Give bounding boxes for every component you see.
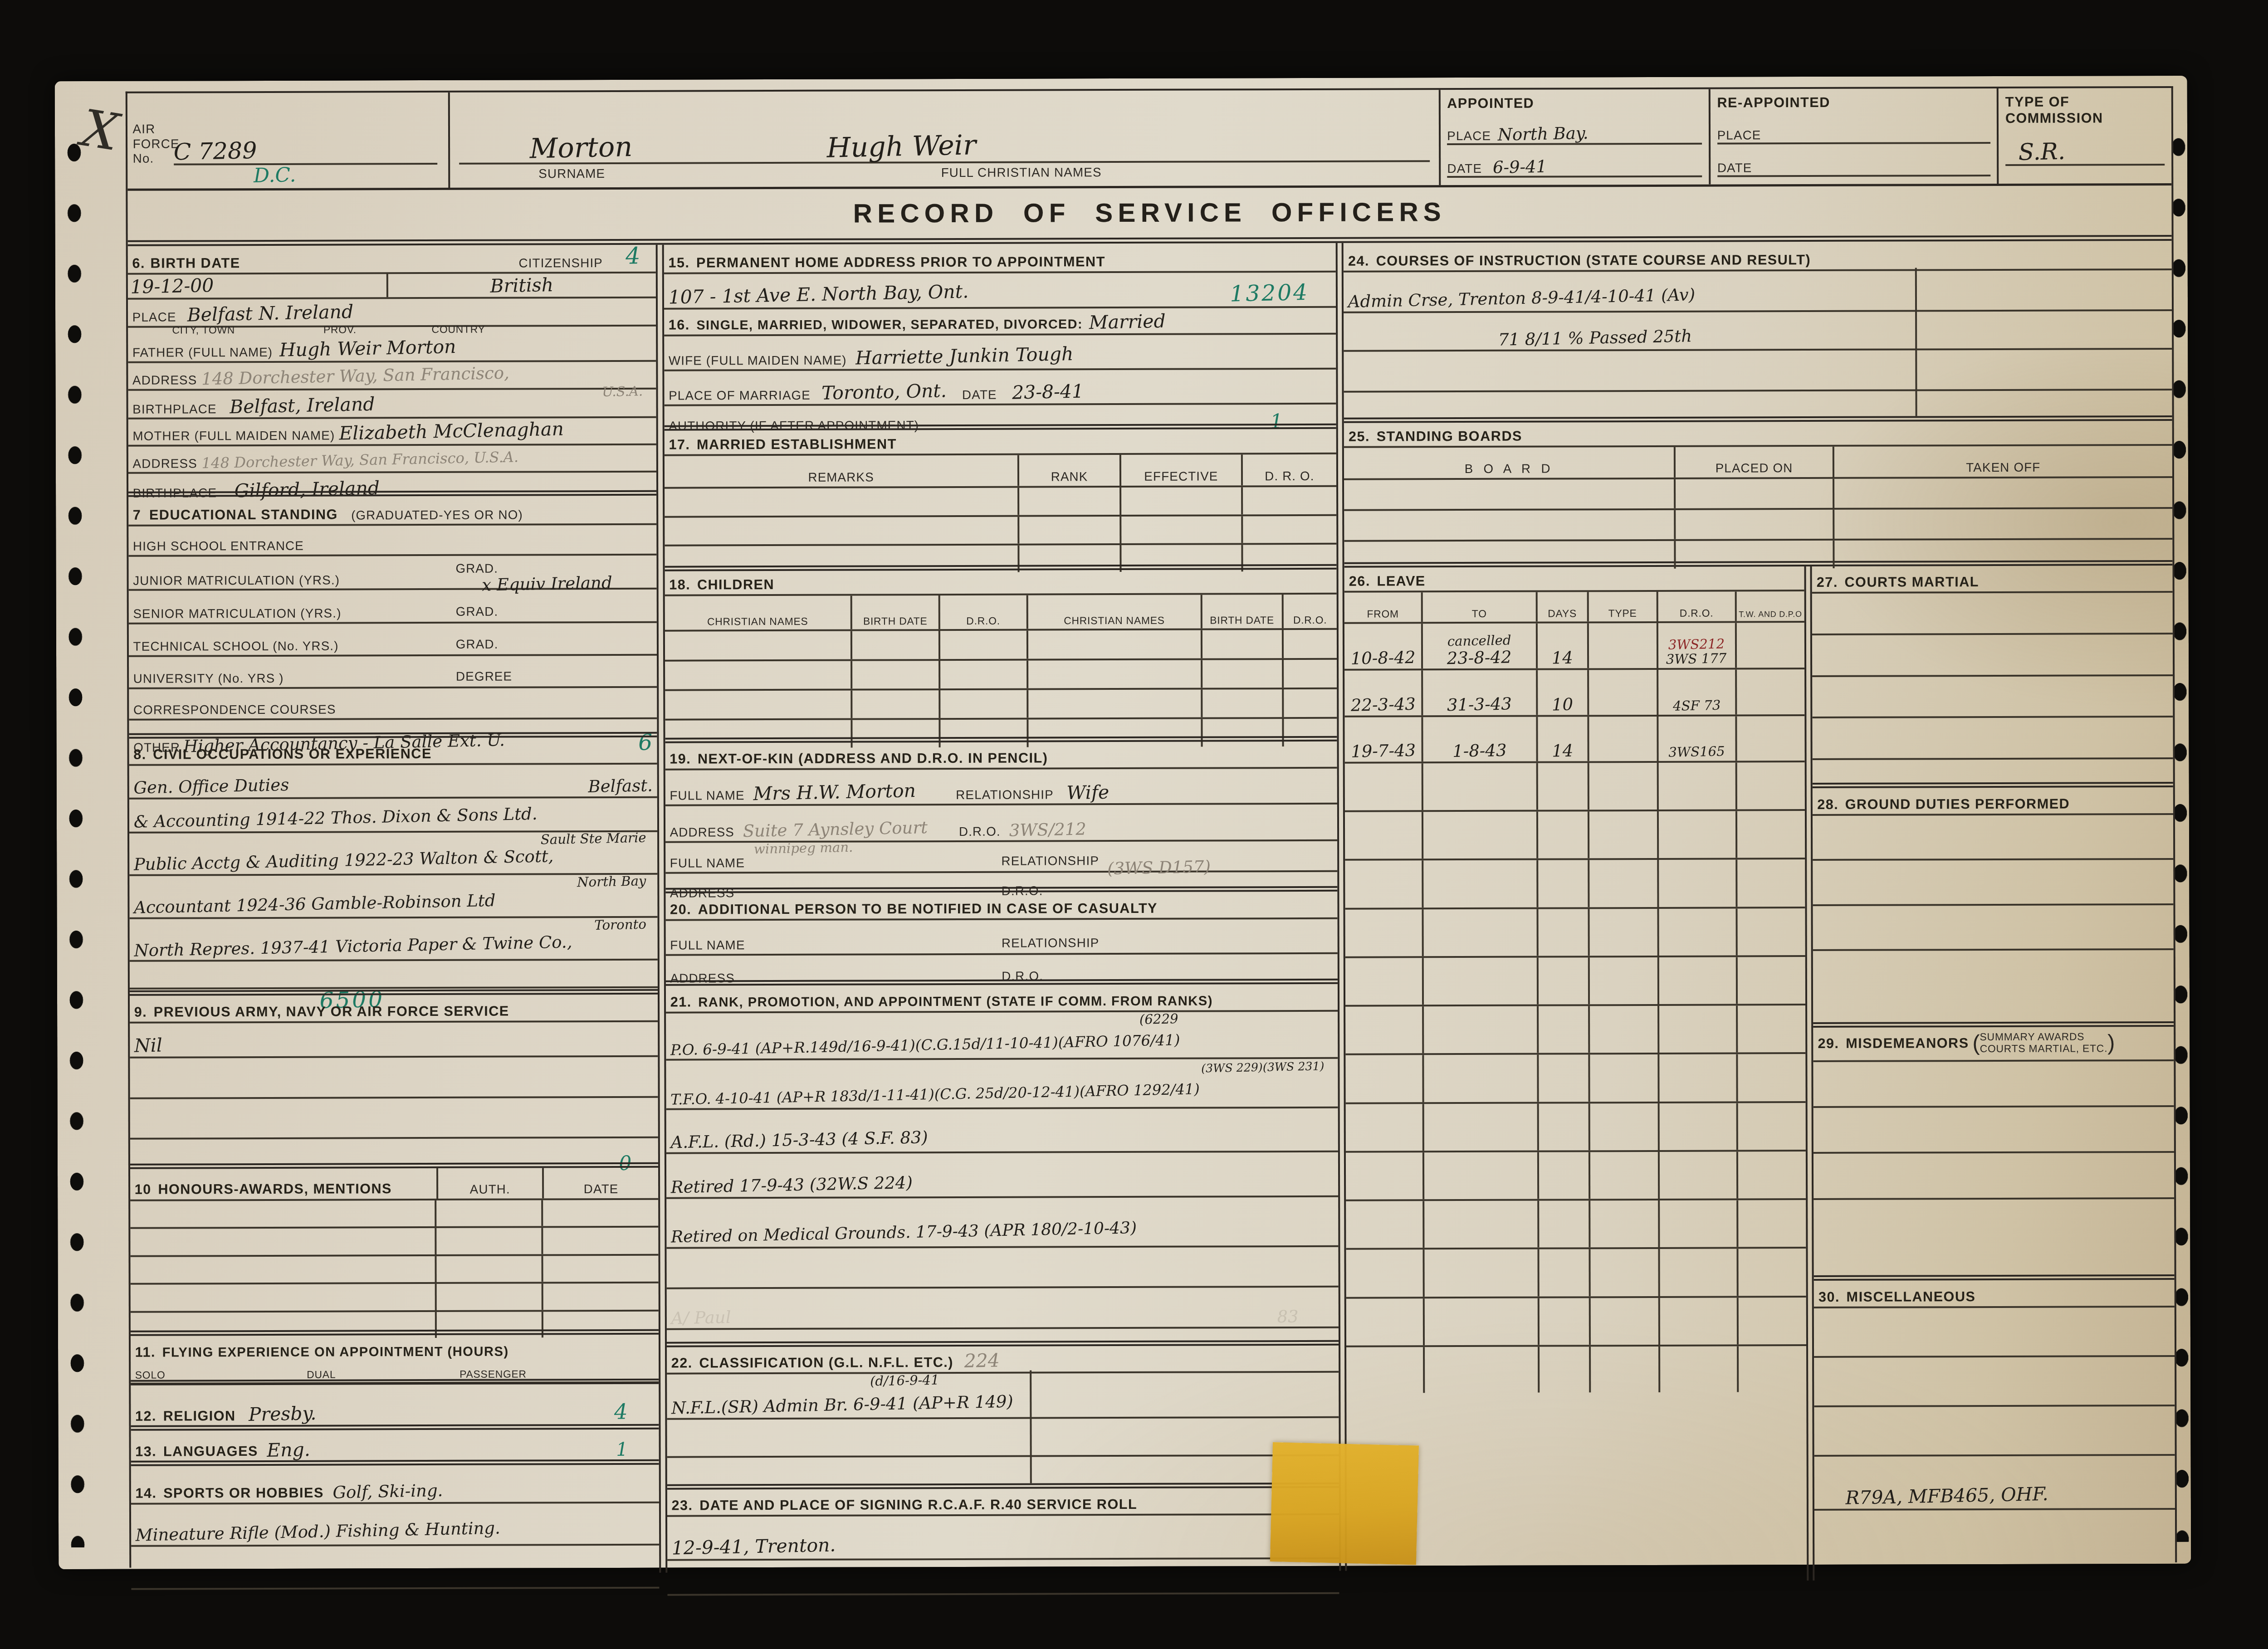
commission-value: S.R. [2018, 140, 2065, 164]
clerk-tally-green: 1 [616, 1440, 628, 1459]
section-24-courses: 24. COURSES OF INSTRUCTION (STATE COURSE… [1344, 241, 2172, 418]
section-14-sports: 14. SPORTS OR HOBBIES Golf, Ski-ing. Min… [131, 1459, 659, 1608]
ruled-line [1813, 905, 2174, 951]
air-force-number: C 7289 [173, 139, 257, 164]
appointed-place-value: North Bay. [1497, 125, 1589, 143]
appointed-date-value: 6-9-41 [1492, 158, 1547, 176]
table-row [1346, 1054, 1806, 1104]
occupation-line: Public Acctg & Auditing 1922-23 Walton &… [133, 848, 553, 873]
section-title: COURSES OF INSTRUCTION (STATE COURSE AND… [1376, 252, 1811, 270]
section-title: CIVIL OCCUPATIONS OR EXPERIENCE [153, 746, 432, 763]
field-label: GRAD. [455, 637, 498, 652]
paren: ( [1972, 1030, 1980, 1056]
section-title: LEAVE [1377, 573, 1425, 590]
column-header: CHRISTIAN NAMES [707, 616, 808, 629]
field-label: PLACE [1717, 128, 1761, 143]
field-label: UNIVERSITY (No. YRS ) [133, 671, 283, 686]
section-number: 6. [132, 255, 145, 271]
section-number: 26. [1349, 573, 1370, 590]
ruled-line [667, 1418, 1339, 1459]
field-label: JUNIOR MATRICULATION (YRS.) [133, 573, 340, 588]
field-label: RELATIONSHIP [956, 788, 1054, 803]
section-number: 28. [1817, 796, 1838, 813]
citizenship-value: British [490, 276, 553, 296]
section-number: 13. [135, 1444, 156, 1460]
section-18-children: 18. CHILDREN CHRISTIAN NAMES BIRTH DATE … [665, 564, 1337, 738]
appointed-title: APPOINTED [1447, 95, 1702, 112]
table-row [665, 689, 1337, 721]
section-number: 11. [135, 1344, 155, 1361]
section-title: CHILDREN [697, 577, 774, 593]
section-title: PERMANENT HOME ADDRESS PRIOR TO APPOINTM… [696, 254, 1105, 271]
marriage-place-value: Toronto, Ont. [821, 382, 946, 403]
section-title: COURTS MARTIAL [1844, 574, 1979, 591]
classification-line: N.F.L.(SR) Admin Br. 6-9-41 (AP+R 149) [671, 1393, 1013, 1417]
section-number: 29. [1818, 1035, 1839, 1052]
classification-superscript: (d/16-9-41 [870, 1374, 939, 1388]
section-title: MARRIED ESTABLISHMENT [697, 436, 897, 453]
section-title: GROUND DUTIES PERFORMED [1845, 796, 2070, 813]
title-band: RECORD OF SERVICE OFFICERS [127, 183, 2171, 246]
pencil-note: winnipeg man. [753, 841, 853, 856]
section-subtitle: SUMMARY AWARDS [1980, 1031, 2107, 1043]
column-header: FROM [1367, 608, 1399, 620]
occupation-place: Sault Ste Marie [540, 831, 646, 847]
ruled-line [1812, 676, 2173, 719]
field-label: FULL NAME [670, 856, 744, 870]
ruled-line [666, 1247, 1338, 1290]
section-number: 14. [135, 1485, 156, 1502]
table-row [1345, 957, 1805, 1007]
section-title: MISCELLANEOUS [1846, 1288, 1975, 1305]
father-name-value: Hugh Weir Morton [279, 337, 456, 360]
leave-to: 31-3-43 [1447, 696, 1511, 714]
erased-pencil-note: A/ Paul [670, 1309, 731, 1327]
leave-row: 22-3-43 31-3-43 10 4SF 73 [1344, 669, 1804, 717]
field-label: FATHER (FULL NAME) [132, 345, 273, 360]
section-subtitle: (GRADUATED-YES OR NO) [351, 508, 523, 523]
section-number: 20. [670, 902, 691, 918]
clerk-tally-green: 13204 [1230, 282, 1309, 305]
ruled-line [131, 1546, 659, 1590]
table-row [1346, 1200, 1806, 1250]
leave-row: 19-7-43 1-8-43 14 3WS165 [1345, 717, 1805, 764]
section-13-languages: 13. LANGUAGES Eng. 1 [131, 1424, 659, 1461]
column-header: PLACED ON [1715, 461, 1793, 475]
field-label: PLACE [1447, 129, 1491, 143]
field-label: ADDRESS [132, 456, 197, 471]
next-of-kin-relationship: Wife [1066, 783, 1110, 802]
ruled-line [1813, 815, 2173, 861]
occupation-line: Gen. Office Duties [133, 776, 288, 796]
paren: ) [2107, 1030, 2115, 1055]
pencil-note: 224 [964, 1351, 1000, 1371]
column-header: D.R.O. [1293, 615, 1327, 627]
field-label: DATE [1717, 161, 1752, 176]
section-29-misdemeanors: 29. MISDEMEANORS ( SUMMARY AWARDS COURTS… [1813, 1022, 2174, 1276]
section-number: 22. [671, 1355, 692, 1371]
religion-value: Presby. [249, 1405, 317, 1425]
section-12-religion: 12. RELIGION Presby. 4 [131, 1379, 659, 1426]
punch-holes-left [62, 126, 89, 1547]
column-right: 24. COURSES OF INSTRUCTION (STATE COURSE… [1344, 241, 2175, 1571]
table-row [130, 1283, 658, 1313]
table-row [130, 1200, 658, 1229]
ruled-line [1813, 1199, 2174, 1244]
leave-days: 14 [1551, 742, 1573, 760]
section-title: MISDEMEANORS [1846, 1035, 1969, 1052]
column-header: D.R.O. [966, 615, 1000, 627]
rank-line: A.F.L. (Rd.) 15-3-43 (4 S.F. 83) [670, 1129, 928, 1151]
column-header: TYPE [1608, 607, 1637, 620]
column-header: DATE [583, 1182, 618, 1196]
lower-right-region: 26. LEAVE FROM TO DAYS TYPE D.R.O. T.W. … [1344, 560, 2175, 1582]
section-number: 27. [1816, 575, 1838, 591]
table-row [1346, 1249, 1806, 1299]
occupation-place: Toronto [594, 918, 646, 932]
table-row [130, 1228, 658, 1257]
column-left: 6. BIRTH DATE CITIZENSHIP 4 19-12-00 Bri… [127, 245, 659, 1574]
ruled-line [1813, 860, 2173, 906]
mother-name-value: Elizabeth McClenaghan [339, 420, 564, 443]
marital-status-value: Married [1089, 312, 1166, 332]
field-label: PLACE [132, 310, 176, 324]
field-label: FORCE [132, 137, 179, 151]
column-header: RANK [1051, 470, 1088, 484]
column-middle: 15. PERMANENT HOME ADDRESS PRIOR TO APPO… [664, 243, 1339, 1573]
leave-to: 1-8-43 [1452, 742, 1506, 760]
section-number: 25. [1349, 429, 1370, 445]
field-label: PROV. [323, 324, 357, 336]
section-22-classification: 22. CLASSIFICATION (G.L. N.F.L. ETC.) 22… [667, 1340, 1339, 1484]
section-title: CLASSIFICATION (G.L. N.F.L. ETC.) [699, 1355, 953, 1371]
field-label: TECHNICAL SCHOOL (No. YRS.) [133, 639, 338, 654]
leave-days: 10 [1551, 696, 1573, 713]
father-birthplace-value: Belfast, Ireland [230, 395, 375, 416]
next-of-kin-address: Suite 7 Aynsley Court [743, 820, 928, 840]
air-force-number-line: C 7289 [174, 123, 437, 166]
section-title: BIRTH DATE [150, 255, 240, 272]
section-title: SINGLE, MARRIED, WIDOWER, SEPARATED, DIV… [696, 317, 1083, 333]
course-result: 71 8/11 % Passed 25th [1498, 328, 1692, 349]
section-title: DATE AND PLACE OF SIGNING R.C.A.F. R.40 … [699, 1497, 1137, 1514]
ruled-line [1813, 1153, 2174, 1200]
leave-from: 10-8-42 [1350, 649, 1415, 667]
name-line: Morton Hugh Weir [459, 101, 1430, 165]
field-label: No. [132, 151, 179, 166]
section-26-leave: 26. LEAVE FROM TO DAYS TYPE D.R.O. T.W. … [1344, 566, 1807, 1582]
table-row [1346, 1346, 1806, 1393]
leave-dro-red: 3WS212 [1668, 637, 1725, 652]
table-row [665, 660, 1337, 691]
ruled-line [1344, 350, 2172, 393]
section-number: 10 [134, 1181, 151, 1198]
table-row [130, 1256, 658, 1285]
occupation-line: North Repres. 1937-41 Victoria Paper & T… [133, 933, 572, 959]
form: AIR FORCE No. C 7289 D.C. Morton Hugh We… [125, 87, 2177, 1568]
column-header: REMARKS [808, 470, 874, 485]
air-force-number-box: AIR FORCE No. C 7289 D.C. [127, 93, 448, 189]
field-label: DATE [1447, 162, 1482, 176]
ruled-line [1813, 1107, 2174, 1154]
occupation-place: Belfast. [588, 777, 653, 795]
leave-from: 19-7-43 [1350, 742, 1415, 760]
leave-dro: 3WS 177 [1666, 652, 1727, 666]
reappointed-title: RE-APPOINTED [1717, 94, 1990, 111]
section-11-flying-experience: 11. FLYING EXPERIENCE ON APPOINTMENT (HO… [131, 1329, 659, 1380]
service-record-card: X AIR FORCE No. C 7289 D.C. Morton Hugh … [54, 76, 2190, 1570]
miscellaneous-note: R79A, MFB465, OHF. [1845, 1485, 2048, 1508]
surname-label: SURNAME [538, 167, 605, 181]
photo-background: X AIR FORCE No. C 7289 D.C. Morton Hugh … [0, 0, 2268, 1608]
section-19-next-of-kin: 19. NEXT-OF-KIN (ADDRESS AND D.R.O. IN P… [665, 736, 1337, 888]
table-row [1346, 1151, 1806, 1201]
section-title: HONOURS-AWARDS, MENTIONS [158, 1181, 392, 1197]
next-of-kin-dro: 3WS/212 [1009, 821, 1086, 839]
christian-names-value: Hugh Weir [826, 132, 976, 162]
ruled-line [129, 961, 657, 990]
table-row [1345, 860, 1805, 910]
column-header: BIRTH DATE [863, 615, 928, 628]
course-line: Admin Crse, Trenton 8-9-41/4-10-41 (Av) [1348, 287, 1695, 310]
field-label: AIR [132, 122, 179, 137]
occupation-line: Accountant 1924-36 Gamble-Robinson Ltd [133, 892, 495, 916]
field-label: GRAD. [455, 561, 498, 576]
section-number: 19. [670, 751, 691, 767]
previous-service-value: Nil [134, 1036, 162, 1055]
rank-line: Retired on Medical Grounds. 17-9-43 (APR… [670, 1220, 1137, 1246]
header-band: AIR FORCE No. C 7289 D.C. Morton Hugh We… [127, 88, 2171, 189]
field-label: WIFE (FULL MAIDEN NAME) [669, 353, 847, 368]
section-subtitle: COURTS MARTIAL, ETC. [1980, 1043, 2107, 1054]
section-number: 15. [668, 255, 689, 271]
field-label: FULL NAME [670, 938, 745, 953]
table-row [1344, 540, 2173, 570]
ruled-line [1813, 1061, 2174, 1108]
ruled-line [131, 1589, 659, 1608]
rank-line: T.F.O. 4-10-41 (AP+R 183d/1-11-41)(C.G. … [670, 1082, 1199, 1107]
ruled-line [1814, 1357, 2175, 1407]
occupation-line: & Accounting 1914-22 Thos. Dixon & Sons … [133, 805, 538, 830]
section-title: SPORTS OR HOBBIES [163, 1485, 324, 1502]
field-label: SENIOR MATRICULATION (YRS.) [133, 606, 341, 621]
section-title: LANGUAGES [163, 1444, 258, 1460]
section-number: 24. [1348, 253, 1369, 269]
section-title: RELIGION [163, 1408, 235, 1425]
field-label: MOTHER (FULL MAIDEN NAME) [132, 429, 335, 444]
table-row [1345, 908, 1805, 958]
column-header: B O A R D [1464, 462, 1554, 477]
form-body: 6. BIRTH DATE CITIZENSHIP 4 19-12-00 Bri… [127, 241, 2175, 1574]
table-row [1344, 509, 2172, 542]
column-header: AUTH. [469, 1182, 510, 1197]
tape-patch [1270, 1443, 1419, 1566]
home-address-value: 107 - 1st Ave E. North Bay, Ont. [668, 282, 968, 307]
reappointed-box: RE-APPOINTED PLACE DATE [1708, 89, 1997, 185]
table-row [1344, 478, 2172, 511]
section-title: NEXT-OF-KIN (ADDRESS AND D.R.O. IN PENCI… [698, 750, 1048, 767]
x-mark: X [78, 99, 123, 163]
table-row [1345, 1006, 1805, 1056]
field-label: CITIZENSHIP [518, 256, 603, 271]
section-title: PREVIOUS ARMY, NAVY OR AIR FORCE SERVICE [153, 1003, 509, 1020]
section-number: 23. [671, 1498, 693, 1514]
air-force-label: AIR FORCE No. [132, 122, 179, 167]
section-10-honours: 10 HONOURS-AWARDS, MENTIONS AUTH. DATE [130, 1163, 659, 1331]
section-number: 18. [669, 577, 690, 593]
ruled-line [1813, 950, 2174, 992]
field-label: PLACE OF MARRIAGE [669, 388, 811, 403]
christian-names-label: FULL CHRISTIAN NAMES [941, 166, 1101, 181]
commission-title: TYPE OF [2005, 93, 2164, 110]
name-labels: SURNAME FULL CHRISTIAN NAMES [459, 165, 1430, 182]
section-title: RANK, PROMOTION, AND APPOINTMENT (STATE … [698, 994, 1213, 1010]
field-label: HIGH SCHOOL ENTRANCE [133, 539, 304, 554]
erased-pencil-note: 83 [1277, 1308, 1299, 1326]
column-header: TO [1471, 608, 1486, 620]
leave-to: 23-8-42 [1447, 649, 1511, 667]
rank-line: P.O. 6-9-41 (AP+R.149d/16-9-41)(C.G.15d/… [670, 1033, 1180, 1058]
section-number: 12. [135, 1408, 156, 1425]
field-label: CORRESPONDENCE COURSES [133, 703, 336, 717]
rank-superscript: (6229 [1139, 1012, 1178, 1026]
column-header: D.R.O. [1679, 607, 1713, 620]
ruled-line [667, 1594, 1339, 1608]
ruled-line [130, 1098, 658, 1140]
table-row [1346, 1298, 1806, 1347]
table-row [665, 516, 1336, 546]
section-number: 8. [133, 747, 147, 763]
ruled-line [1812, 593, 2173, 636]
page-title: RECORD OF SERVICE OFFICERS [853, 197, 1446, 229]
table-row [665, 630, 1336, 661]
rank-line: Retired 17-9-43 (32W.S 224) [670, 1175, 913, 1196]
leave-from: 22-3-43 [1350, 696, 1415, 714]
field-label: COUNTRY [431, 323, 485, 336]
birth-place-value: Belfast N. Ireland [187, 302, 353, 324]
section-number: 21. [670, 994, 691, 1010]
column-header: D. R. O. [1265, 469, 1315, 484]
section-title: FLYING EXPERIENCE ON APPOINTMENT (HOURS) [162, 1345, 508, 1361]
field-label: BIRTHPLACE [132, 402, 217, 416]
column-header: T.W. AND D.P.O [1739, 610, 1802, 619]
field-label: GRAD. [455, 605, 498, 619]
field-label: ADDRESS [132, 373, 197, 388]
ruled-line [1814, 1406, 2175, 1457]
field-label: ADDRESS [670, 825, 734, 840]
junior-matric-note: x Equiv Ireland [482, 574, 612, 594]
section-23-service-roll: 23. DATE AND PLACE OF SIGNING R.C.A.F. R… [667, 1483, 1339, 1608]
table-row [1346, 1103, 1806, 1153]
clerk-tally-green: 4 [625, 245, 640, 268]
section-6-birth: 6. BIRTH DATE CITIZENSHIP 4 19-12-00 Bri… [127, 245, 656, 492]
far-right-column: 27. COURTS MARTIAL 28. [1812, 566, 2175, 1581]
ruled-line [667, 1559, 1339, 1596]
section-number: 17. [669, 437, 690, 453]
field-label: RELATIONSHIP [1002, 936, 1100, 951]
leave-dro: 3WS165 [1668, 745, 1725, 759]
section-number: 9. [134, 1004, 147, 1020]
name-box: Morton Hugh Weir SURNAME FULL CHRISTIAN … [448, 90, 1439, 188]
leave-days: 14 [1551, 649, 1573, 667]
section-20-additional-person: 20. ADDITIONAL PERSON TO BE NOTIFIED IN … [665, 887, 1337, 981]
section-7-education: 7 EDUCATIONAL STANDING (GRADUATED-YES OR… [128, 490, 657, 733]
field-label: DEGREE [456, 669, 512, 684]
section-title: EDUCATIONAL STANDING [149, 507, 338, 523]
ruled-line [1813, 718, 2173, 761]
birth-date-value: 19-12-00 [130, 277, 214, 297]
ruled-line [1814, 1510, 2175, 1558]
field-label: CITY, TOWN [172, 324, 235, 337]
leave-row: 10-8-42 cancelled 23-8-42 14 [1344, 623, 1804, 671]
section-number: 7 [132, 507, 141, 523]
section-number: 30. [1818, 1289, 1840, 1305]
section-9-previous-service: 9. PREVIOUS ARMY, NAVY OR AIR FORCE SERV… [130, 989, 658, 1164]
languages-value: Eng. [266, 1440, 310, 1460]
section-27-courts-martial: 27. COURTS MARTIAL [1812, 566, 2173, 783]
column-header: DAYS [1548, 607, 1577, 620]
column-header: BIRTH DATE [1210, 615, 1274, 627]
occupation-place: North Bay [577, 875, 646, 889]
surname-value: Morton [529, 133, 632, 163]
leave-dro: 4SF 73 [1672, 699, 1721, 713]
section-28-ground-duties: 28. GROUND DUTIES PERFORMED [1813, 782, 2174, 1022]
section-number: 16. [668, 317, 689, 333]
table-row [1345, 762, 1805, 812]
commission-box: TYPE OF COMMISSION S.R. [1997, 88, 2171, 184]
service-roll-value: 12-9-41, Trenton. [671, 1536, 836, 1558]
section-30-miscellaneous: 30. MISCELLANEOUS R79A, MFB465, OHF. [1814, 1274, 2175, 1597]
section-title: STANDING BOARDS [1376, 429, 1522, 445]
father-address-value: 148 Dorchester Way, San Francisco, [201, 365, 509, 388]
leave-note: cancelled [1447, 634, 1511, 649]
mother-address-value: 148 Dorchester Way, San Francisco, U.S.A… [201, 450, 518, 471]
sports-value-2: Mineature Rifle (Mod.) Fishing & Hunting… [135, 1520, 500, 1544]
clerk-tally-green: 4 [614, 1402, 628, 1423]
field-label: DATE [962, 388, 997, 402]
section-17-married-establishment: 17. MARRIED ESTABLISHMENT REMARKS RANK E… [664, 424, 1336, 566]
ruled-line [1812, 634, 2173, 677]
field-label: FULL NAME [670, 789, 744, 803]
wife-name-value: Harriette Junkin Tough [855, 345, 1073, 368]
ruled-line [130, 1057, 658, 1099]
section-15-home-address: 15. PERMANENT HOME ADDRESS PRIOR TO APPO… [664, 243, 1335, 304]
table-row [665, 487, 1336, 517]
table-row [1345, 811, 1805, 861]
next-of-kin-name: Mrs H.W. Morton [753, 781, 916, 803]
section-title: ADDITIONAL PERSON TO BE NOTIFIED IN CASE… [698, 900, 1157, 918]
column-header: CHRISTIAN NAMES [1064, 615, 1165, 627]
column-header: TAKEN OFF [1966, 460, 2040, 475]
column-header: EFFECTIVE [1144, 469, 1218, 484]
father-address-value-2: U.S.A. [602, 385, 643, 399]
sports-value: Golf, Ski-ing. [332, 1482, 443, 1501]
dc-note-green: D.C. [253, 166, 296, 186]
marriage-date-value: 23-8-41 [1012, 382, 1084, 402]
field-label: D.R.O. [959, 825, 1001, 839]
rank-superscript: (3WS 229)(3WS 231) [1201, 1060, 1325, 1074]
section-16-marital: 16. SINGLE, MARRIED, WIDOWER, SEPARATED,… [664, 303, 1336, 426]
section-21-rank-promotion: 21. RANK, PROMOTION, AND APPOINTMENT (ST… [665, 979, 1338, 1342]
section-25-standing-boards: 25. STANDING BOARDS B O A R D PLACED ON … [1344, 415, 2172, 562]
appointed-box: APPOINTED PLACE North Bay. DATE 6-9-41 [1438, 89, 1709, 185]
section-8-civil-occupations: 8. CIVIL OCCUPATIONS OR EXPERIENCE Gen. … [129, 732, 658, 990]
ruled-line [1814, 1307, 2175, 1358]
commission-title-2: COMMISSION [2005, 110, 2165, 127]
field-label: RELATIONSHIP [1001, 854, 1099, 868]
